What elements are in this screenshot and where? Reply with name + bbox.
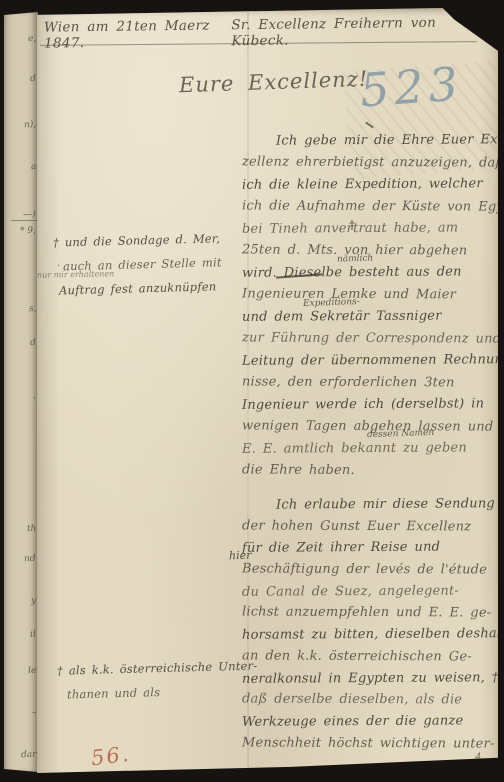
body-line: lichst anzuempfehlen und E. E. ge- bbox=[242, 602, 500, 625]
insertion-naemlich: nämlich bbox=[337, 253, 374, 264]
insertion-dagger-mark: † bbox=[349, 218, 355, 232]
body-line: die Ehre haben. bbox=[242, 459, 500, 482]
body-line: Ingenieuren Lemke und Maier bbox=[242, 283, 500, 306]
body-line: Ich gebe mir die Ehre Euer Ex- bbox=[242, 129, 500, 153]
body-line: E. E. amtlich bekannt zu geben bbox=[242, 437, 500, 461]
manuscript-scan: e,dn),a—)* 9,s,d·thndyille–dar Wien am 2… bbox=[0, 0, 504, 782]
edge-fragment: * 9, bbox=[20, 226, 36, 237]
body-line: bei Tineh anvertraut habe, am bbox=[242, 217, 500, 241]
margin-insertion: nur mir erhaltenen bbox=[37, 269, 114, 279]
neighbor-page-strip: e,dn),a—)* 9,s,d·thndyille–dar bbox=[4, 12, 38, 772]
catchword: hier bbox=[229, 549, 252, 563]
edge-fragment: le bbox=[28, 666, 37, 676]
edge-fragment: dar bbox=[20, 750, 36, 761]
edge-fragment: y bbox=[31, 596, 36, 606]
body-line: Ich erlaube mir diese Sendung bbox=[242, 493, 500, 516]
body-line: horsamst zu bitten, dieselben deshalb bbox=[242, 623, 500, 646]
edge-fragment: e, bbox=[28, 34, 37, 44]
body-line: Werkzeuge eines der die ganze bbox=[242, 710, 500, 733]
edge-fragment: d bbox=[30, 74, 36, 84]
stray-mark: 4 bbox=[475, 752, 481, 763]
body-line: und dem Sekretär Tassniger bbox=[242, 305, 500, 329]
body-line: Beschäftigung der levés de l'étude bbox=[242, 558, 500, 581]
body-line: Menschheit höchst wichtigen unter- bbox=[242, 732, 500, 755]
body-line: zellenz ehrerbietigst anzuzeigen, daß bbox=[242, 151, 500, 174]
edge-fragment: th bbox=[26, 524, 36, 534]
folio-number: 56. bbox=[90, 742, 132, 771]
edge-fragment: nd bbox=[24, 554, 36, 564]
margin-dot: . bbox=[57, 258, 60, 269]
body-line: du Canal de Suez, angelegent- bbox=[242, 580, 500, 603]
edge-fragment: · bbox=[33, 394, 36, 404]
edge-fragment: —) bbox=[23, 210, 36, 220]
dateline: Wien am 21ten Maerz 1847. Sr. Excellenz … bbox=[44, 14, 468, 51]
dateline-place-date: Wien am 21ten Maerz 1847. bbox=[44, 17, 232, 51]
edge-fragment: a bbox=[30, 162, 36, 172]
edge-fragment: s, bbox=[28, 304, 36, 314]
body-paragraph-2: Ich erlaube mir diese Sendungder hohen G… bbox=[242, 494, 500, 754]
edge-fragment-rule bbox=[11, 220, 37, 221]
edge-fragment: il bbox=[30, 630, 36, 640]
body-line: neralkonsul in Egypten zu weisen, † bbox=[242, 667, 500, 690]
edge-fragment: n), bbox=[24, 120, 37, 130]
body-line: daß derselbe dieselben, als die bbox=[242, 689, 500, 712]
body-line: an den k.k. österreichischen Ge- bbox=[242, 645, 500, 668]
body-line: Leitung der übernommenen Rechnungs- bbox=[242, 349, 500, 373]
manuscript-page: Wien am 21ten Maerz 1847. Sr. Excellenz … bbox=[37, 8, 498, 773]
margin-note-1: † und die Sondage d. Mer,auch an dieser … bbox=[53, 228, 253, 300]
registration-number: 523 bbox=[358, 56, 464, 117]
body-line: ich die kleine Expedition, welcher bbox=[242, 173, 500, 197]
edge-fragment: – bbox=[31, 708, 36, 718]
body-line: der hohen Gunst Euer Excellenz bbox=[242, 515, 500, 538]
insertion-expeditions: Expeditions- bbox=[303, 297, 360, 309]
body-line: Ingenieur werde ich (derselbst) in bbox=[242, 393, 500, 417]
edge-fragment: d bbox=[30, 338, 36, 348]
body-line: zur Führung der Correspondenz und bbox=[242, 327, 500, 350]
margin-note-line: thanen und als bbox=[57, 677, 268, 706]
body-line: für die Zeit ihrer Reise und bbox=[242, 537, 500, 560]
body-line: nisse, den erforderlichen 3ten bbox=[242, 371, 500, 394]
body-line: wird. Dieselbe besteht aus den bbox=[242, 261, 500, 285]
body-line: ich die Aufnahme der Küste von Egypten † bbox=[242, 195, 500, 218]
margin-note-2: † als k.k. österreichische Unter-thanen … bbox=[57, 656, 267, 704]
salutation: Eure Excellenz! bbox=[179, 67, 369, 98]
